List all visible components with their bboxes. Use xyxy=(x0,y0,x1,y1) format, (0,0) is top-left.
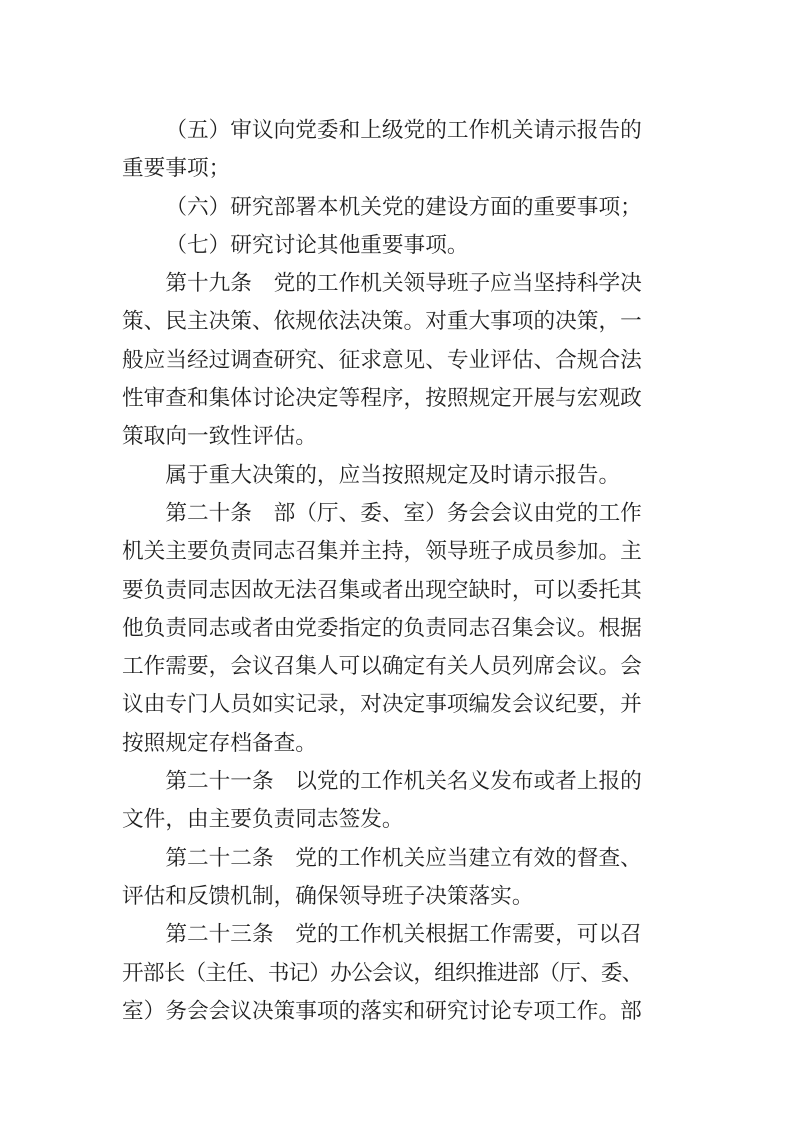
text-line: 要负责同志因故无法召集或者出现空缺时，可以委托其 xyxy=(122,571,642,609)
text-line: 策取向一致性评估。 xyxy=(122,417,642,455)
text-line: 第二十一条 以党的工作机关名义发布或者上报的 xyxy=(122,762,642,800)
text-line: 性审查和集体讨论决定等程序，按照规定开展与宏观政 xyxy=(122,379,642,417)
text-line: （七）研究讨论其他重要事项。 xyxy=(122,226,642,264)
text-line: 议由专门人员如实记录，对决定事项编发会议纪要，并 xyxy=(122,685,642,723)
text-line: 按照规定存档备查。 xyxy=(122,724,642,762)
text-line: 重要事项； xyxy=(122,149,642,187)
document-text-block: （五）审议向党委和上级党的工作机关请示报告的重要事项；（六）研究部署本机关党的建… xyxy=(122,111,642,1030)
text-line: 第二十条 部（厅、委、室）务会会议由党的工作 xyxy=(122,494,642,532)
text-line: 评估和反馈机制，确保领导班子决策落实。 xyxy=(122,877,642,915)
text-line: （五）审议向党委和上级党的工作机关请示报告的 xyxy=(122,111,642,149)
text-line: 他负责同志或者由党委指定的负责同志召集会议。根据 xyxy=(122,609,642,647)
text-line: 第二十三条 党的工作机关根据工作需要，可以召 xyxy=(122,915,642,953)
text-line: （六）研究部署本机关党的建设方面的重要事项； xyxy=(122,188,642,226)
text-line: 策、民主决策、依规依法决策。对重大事项的决策，一 xyxy=(122,302,642,340)
text-line: 第二十二条 党的工作机关应当建立有效的督查、 xyxy=(122,839,642,877)
text-line: 开部长（主任、书记）办公会议，组织推进部（厅、委、 xyxy=(122,954,642,992)
text-line: 文件，由主要负责同志签发。 xyxy=(122,800,642,838)
document-body: { "page": { "background_color": "#ffffff… xyxy=(0,0,793,1122)
text-line: 室）务会会议决策事项的落实和研究讨论专项工作。部 xyxy=(122,992,642,1030)
text-line: 机关主要负责同志召集并主持，领导班子成员参加。主 xyxy=(122,532,642,570)
text-line: 第十九条 党的工作机关领导班子应当坚持科学决 xyxy=(122,264,642,302)
document-page: （五）审议向党委和上级党的工作机关请示报告的重要事项；（六）研究部署本机关党的建… xyxy=(0,0,793,1122)
text-line: 工作需要，会议召集人可以确定有关人员列席会议。会 xyxy=(122,647,642,685)
text-line: 般应当经过调查研究、征求意见、专业评估、合规合法 xyxy=(122,341,642,379)
text-line: 属于重大决策的，应当按照规定及时请示报告。 xyxy=(122,456,642,494)
